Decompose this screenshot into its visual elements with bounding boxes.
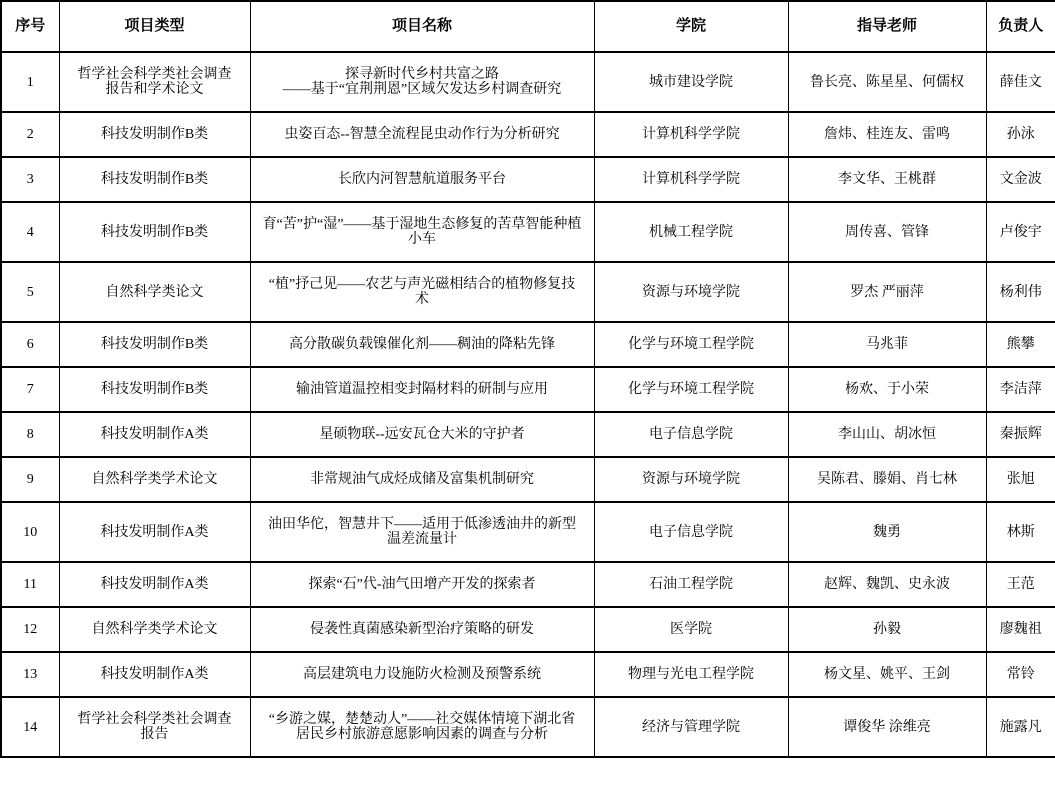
cell-project-type: 科技发明制作B类 [59, 157, 250, 202]
cell-college: 计算机科学学院 [594, 112, 788, 157]
cell-advisors: 李文华、王桃群 [788, 157, 986, 202]
cell-project-type: 自然科学类学术论文 [59, 457, 250, 502]
cell-project-name: 油田华佗，智慧井下——适用于低渗透油井的新型温差流量计 [250, 502, 594, 562]
cell-advisors: 魏勇 [788, 502, 986, 562]
cell-project-type: 科技发明制作A类 [59, 502, 250, 562]
cell-college: 医学院 [594, 607, 788, 652]
cell-college: 机械工程学院 [594, 202, 788, 262]
cell-leader: 施露凡 [986, 697, 1055, 757]
cell-college: 计算机科学学院 [594, 157, 788, 202]
header-project-name: 项目名称 [250, 1, 594, 52]
cell-index: 12 [1, 607, 59, 652]
header-row: 序号 项目类型 项目名称 学院 指导老师 负责人 [1, 1, 1055, 52]
page: 序号 项目类型 项目名称 学院 指导老师 负责人 1哲学社会科学类社会调查报告和… [0, 0, 1055, 798]
table-header: 序号 项目类型 项目名称 学院 指导老师 负责人 [1, 1, 1055, 52]
cell-project-name: “乡游之媒，楚楚动人”——社交媒体情境下湖北省居民乡村旅游意愿影响因素的调查与分… [250, 697, 594, 757]
cell-advisors: 周传喜、管锋 [788, 202, 986, 262]
cell-advisors: 杨欢、于小荣 [788, 367, 986, 412]
cell-project-type: 科技发明制作B类 [59, 112, 250, 157]
cell-project-type: 科技发明制作B类 [59, 322, 250, 367]
cell-leader: 王范 [986, 562, 1055, 607]
table-row: 4科技发明制作B类育“苦”护“湿”——基于湿地生态修复的苦草智能种植小车机械工程… [1, 202, 1055, 262]
cell-college: 物理与光电工程学院 [594, 652, 788, 697]
cell-leader: 张旭 [986, 457, 1055, 502]
cell-index: 1 [1, 52, 59, 112]
table-row: 11科技发明制作A类探索“石”代-油气田增产开发的探索者石油工程学院赵辉、魏凯、… [1, 562, 1055, 607]
cell-college: 城市建设学院 [594, 52, 788, 112]
cell-leader: 廖魏祖 [986, 607, 1055, 652]
cell-advisors: 鲁长亮、陈星星、何儒权 [788, 52, 986, 112]
cell-project-name: 星硕物联--远安瓦仓大米的守护者 [250, 412, 594, 457]
cell-project-name: 探索“石”代-油气田增产开发的探索者 [250, 562, 594, 607]
cell-project-type: 自然科学类学术论文 [59, 607, 250, 652]
table-row: 14哲学社会科学类社会调查报告“乡游之媒，楚楚动人”——社交媒体情境下湖北省居民… [1, 697, 1055, 757]
cell-leader: 薛佳文 [986, 52, 1055, 112]
table-row: 3科技发明制作B类长欣内河智慧航道服务平台计算机科学学院李文华、王桃群文金波 [1, 157, 1055, 202]
cell-college: 化学与环境工程学院 [594, 367, 788, 412]
cell-project-name: 高层建筑电力设施防火检测及预警系统 [250, 652, 594, 697]
cell-project-type: 科技发明制作B类 [59, 202, 250, 262]
table-row: 5自然科学类论文“植”抒己见——农艺与声光磁相结合的植物修复技术资源与环境学院罗… [1, 262, 1055, 322]
cell-index: 13 [1, 652, 59, 697]
header-advisors: 指导老师 [788, 1, 986, 52]
cell-leader: 孙泳 [986, 112, 1055, 157]
cell-index: 5 [1, 262, 59, 322]
table-row: 7科技发明制作B类输油管道温控相变封隔材料的研制与应用化学与环境工程学院杨欢、于… [1, 367, 1055, 412]
cell-advisors: 杨文星、姚平、王剑 [788, 652, 986, 697]
cell-leader: 李洁萍 [986, 367, 1055, 412]
table-row: 12自然科学类学术论文侵袭性真菌感染新型治疗策略的研发医学院孙毅廖魏祖 [1, 607, 1055, 652]
cell-index: 10 [1, 502, 59, 562]
header-leader: 负责人 [986, 1, 1055, 52]
cell-college: 资源与环境学院 [594, 457, 788, 502]
cell-advisors: 赵辉、魏凯、史永波 [788, 562, 986, 607]
cell-leader: 文金波 [986, 157, 1055, 202]
cell-project-type: 哲学社会科学类社会调查报告和学术论文 [59, 52, 250, 112]
cell-leader: 林斯 [986, 502, 1055, 562]
cell-advisors: 马兆菲 [788, 322, 986, 367]
cell-leader: 卢俊宇 [986, 202, 1055, 262]
cell-advisors: 詹炜、桂连友、雷鸣 [788, 112, 986, 157]
cell-project-type: 自然科学类论文 [59, 262, 250, 322]
table-row: 13科技发明制作A类高层建筑电力设施防火检测及预警系统物理与光电工程学院杨文星、… [1, 652, 1055, 697]
cell-index: 2 [1, 112, 59, 157]
cell-index: 9 [1, 457, 59, 502]
cell-college: 经济与管理学院 [594, 697, 788, 757]
cell-project-type: 科技发明制作A类 [59, 412, 250, 457]
cell-advisors: 谭俊华 涂维亮 [788, 697, 986, 757]
cell-college: 电子信息学院 [594, 412, 788, 457]
cell-leader: 秦振辉 [986, 412, 1055, 457]
table-row: 1哲学社会科学类社会调查报告和学术论文探寻新时代乡村共富之路 ——基于“宜荆荆恩… [1, 52, 1055, 112]
cell-project-name: 高分散碳负载镍催化剂——稠油的降粘先锋 [250, 322, 594, 367]
cell-project-name: 输油管道温控相变封隔材料的研制与应用 [250, 367, 594, 412]
cell-college: 化学与环境工程学院 [594, 322, 788, 367]
cell-leader: 常铃 [986, 652, 1055, 697]
cell-index: 3 [1, 157, 59, 202]
cell-project-type: 科技发明制作A类 [59, 562, 250, 607]
cell-index: 8 [1, 412, 59, 457]
cell-advisors: 罗杰 严丽萍 [788, 262, 986, 322]
cell-index: 11 [1, 562, 59, 607]
cell-college: 电子信息学院 [594, 502, 788, 562]
cell-index: 4 [1, 202, 59, 262]
table-row: 2科技发明制作B类虫姿百态--智慧全流程昆虫动作行为分析研究计算机科学学院詹炜、… [1, 112, 1055, 157]
cell-project-name: 育“苦”护“湿”——基于湿地生态修复的苦草智能种植小车 [250, 202, 594, 262]
cell-project-name: 探寻新时代乡村共富之路 ——基于“宜荆荆恩”区域欠发达乡村调查研究 [250, 52, 594, 112]
cell-leader: 杨利伟 [986, 262, 1055, 322]
header-project-type: 项目类型 [59, 1, 250, 52]
table-row: 6科技发明制作B类高分散碳负载镍催化剂——稠油的降粘先锋化学与环境工程学院马兆菲… [1, 322, 1055, 367]
cell-leader: 熊攀 [986, 322, 1055, 367]
cell-index: 7 [1, 367, 59, 412]
cell-college: 石油工程学院 [594, 562, 788, 607]
cell-index: 14 [1, 697, 59, 757]
cell-advisors: 吴陈君、滕娟、肖七林 [788, 457, 986, 502]
cell-advisors: 李山山、胡冰恒 [788, 412, 986, 457]
table-row: 9自然科学类学术论文非常规油气成烃成储及富集机制研究资源与环境学院吴陈君、滕娟、… [1, 457, 1055, 502]
project-award-table: 序号 项目类型 项目名称 学院 指导老师 负责人 1哲学社会科学类社会调查报告和… [0, 0, 1055, 758]
header-college: 学院 [594, 1, 788, 52]
cell-college: 资源与环境学院 [594, 262, 788, 322]
cell-project-name: 非常规油气成烃成储及富集机制研究 [250, 457, 594, 502]
cell-project-type: 科技发明制作B类 [59, 367, 250, 412]
cell-project-type: 科技发明制作A类 [59, 652, 250, 697]
cell-project-name: 长欣内河智慧航道服务平台 [250, 157, 594, 202]
cell-project-name: 虫姿百态--智慧全流程昆虫动作行为分析研究 [250, 112, 594, 157]
cell-project-name: “植”抒己见——农艺与声光磁相结合的植物修复技术 [250, 262, 594, 322]
header-index: 序号 [1, 1, 59, 52]
cell-project-type: 哲学社会科学类社会调查报告 [59, 697, 250, 757]
table-body: 1哲学社会科学类社会调查报告和学术论文探寻新时代乡村共富之路 ——基于“宜荆荆恩… [1, 52, 1055, 757]
cell-project-name: 侵袭性真菌感染新型治疗策略的研发 [250, 607, 594, 652]
table-row: 8科技发明制作A类星硕物联--远安瓦仓大米的守护者电子信息学院李山山、胡冰恒秦振… [1, 412, 1055, 457]
table-row: 10科技发明制作A类油田华佗，智慧井下——适用于低渗透油井的新型温差流量计电子信… [1, 502, 1055, 562]
cell-advisors: 孙毅 [788, 607, 986, 652]
cell-index: 6 [1, 322, 59, 367]
